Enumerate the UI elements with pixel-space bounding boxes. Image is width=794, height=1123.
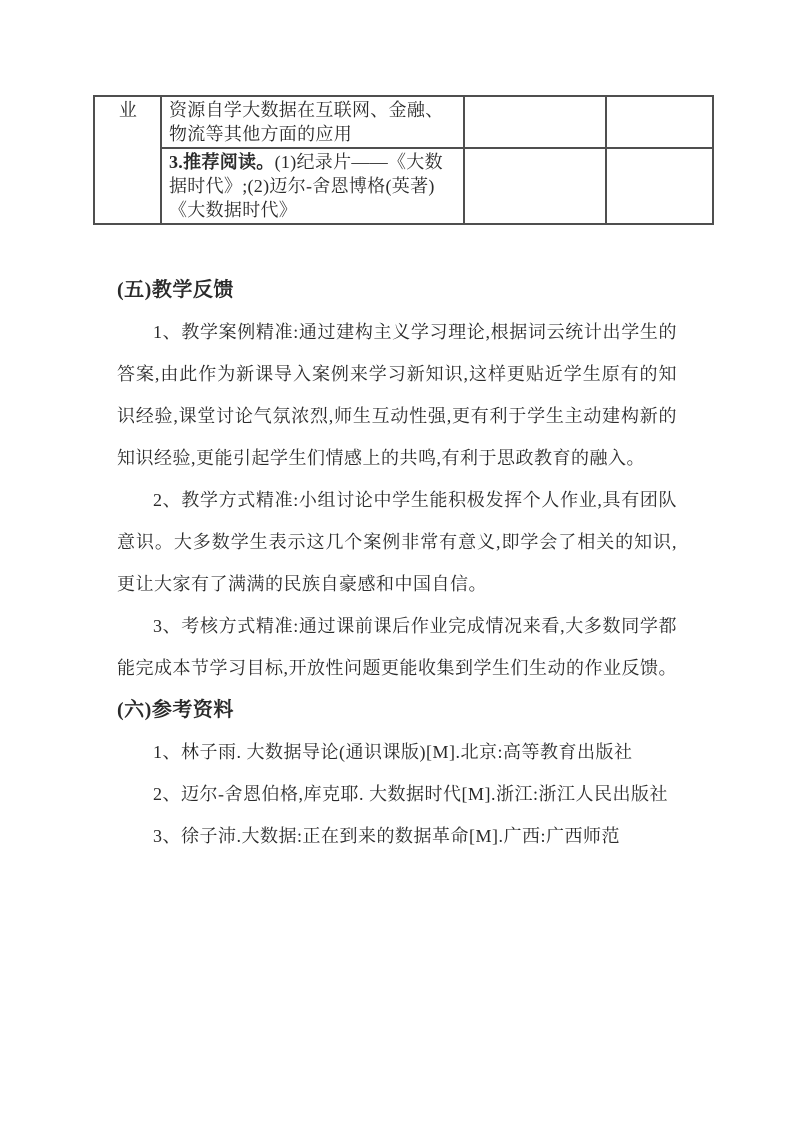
table-row: 业 资源自学大数据在互联网、金融、物流等其他方面的应用 [94,96,713,148]
section-heading-references: (六)参考资料 [117,689,677,731]
cell-text-bold: 3.推荐阅读。 [169,152,275,172]
table-cell-empty [606,96,713,148]
paragraph-feedback-1: 1、教学案例精准:通过建构主义学习理论,根据词云统计出学生的答案,由此作为新课导… [117,311,677,479]
reference-item-1: 1、林子雨. 大数据导论(通识课版)[M].北京:高等教育出版社 [117,731,677,773]
table-cell-stub: 业 [94,96,161,224]
reference-item-3: 3、徐子沛.大数据:正在到来的数据革命[M].广西:广西师范 [117,815,677,857]
table-row: 3.推荐阅读。(1)纪录片——《大数据时代》;(2)迈尔-舍恩博格(英著)《大数… [94,148,713,224]
table-cell-empty [606,148,713,224]
paragraph-feedback-3: 3、考核方式精准:通过课前课后作业完成情况来看,大多数同学都能完成本节学习目标,… [117,605,677,689]
paragraph-feedback-2: 2、教学方式精准:小组讨论中学生能积极发挥个人作业,具有团队意识。大多数学生表示… [117,479,677,605]
document-body: (五)教学反馈 1、教学案例精准:通过建构主义学习理论,根据词云统计出学生的答案… [117,269,677,857]
lesson-plan-table: 业 资源自学大数据在互联网、金融、物流等其他方面的应用 3.推荐阅读。(1)纪录… [93,95,714,225]
table-cell-content: 3.推荐阅读。(1)纪录片——《大数据时代》;(2)迈尔-舍恩博格(英著)《大数… [161,148,464,224]
table-cell-empty [464,148,606,224]
document-page: 业 资源自学大数据在互联网、金融、物流等其他方面的应用 3.推荐阅读。(1)纪录… [0,0,794,1123]
table-cell-content: 资源自学大数据在互联网、金融、物流等其他方面的应用 [161,96,464,148]
section-heading-teaching-feedback: (五)教学反馈 [117,269,677,311]
stub-label: 业 [119,100,137,120]
table-cell-empty [464,96,606,148]
reference-item-2: 2、迈尔-舍恩伯格,库克耶. 大数据时代[M].浙江:浙江人民出版社 [117,773,677,815]
cell-text: 资源自学大数据在互联网、金融、物流等其他方面的应用 [169,100,444,144]
